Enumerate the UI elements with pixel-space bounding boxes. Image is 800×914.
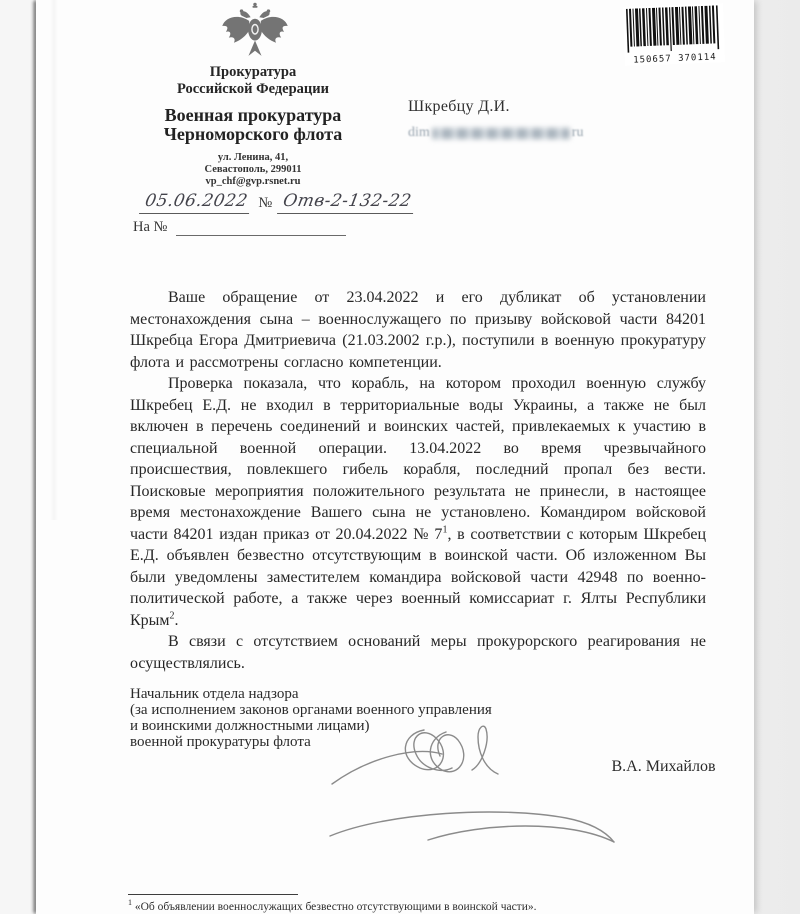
email-prefix: dim: [408, 125, 430, 141]
org-name-line2: Российской Федерации: [133, 81, 373, 98]
handwritten-signature: [326, 722, 656, 864]
number-sign-label: №: [258, 195, 272, 214]
signer-title-line2: (за исполнением законов органами военног…: [130, 703, 492, 719]
address-email: vp_chf@gvp.rsnet.ru: [133, 176, 373, 188]
barcode-number: 150657 370114: [626, 52, 724, 66]
handwritten-outgoing-number: Отв-2-132-22: [277, 191, 417, 214]
address-city: Севастополь, 299011: [133, 164, 373, 176]
email-suffix: ru: [572, 125, 584, 141]
reference-row: 05.06.2022 № Отв-2-132-22: [141, 191, 415, 214]
footnote-1-marker: 1: [128, 898, 132, 907]
letter-body: Ваше обращение от 23.04.2022 и его дубли…: [130, 287, 706, 674]
letter-page: Прокуратура Российской Федерации Военная…: [36, 0, 754, 914]
footnote-1: 1 «Об объявлении военнослужащих безвестн…: [128, 898, 708, 913]
address-street: ул. Ленина, 41,: [133, 152, 373, 164]
registration-barcode: 150657 370114: [623, 3, 725, 66]
org-name-line1: Прокуратура: [133, 64, 373, 81]
unit-name: Военная прокуратура Черноморского флота: [113, 106, 393, 143]
reply-to-label: На №: [133, 219, 167, 236]
email-blurred-section: [432, 128, 570, 139]
handwritten-date: 05.06.2022: [139, 191, 253, 214]
paragraph-2: Проверка показала, что корабль, на котор…: [130, 373, 706, 631]
addressee-name: Шкребцу Д.И.: [408, 98, 583, 116]
paper-crease: [50, 0, 58, 520]
reply-to-blank-line: [176, 219, 346, 236]
org-address: ул. Ленина, 41, Севастополь, 299011 vp_c…: [133, 152, 373, 188]
paragraph-2-text-c: .: [175, 612, 179, 629]
reply-to-row: На №: [133, 219, 346, 236]
footnote-separator: [128, 894, 298, 895]
barcode-bars: [624, 5, 722, 53]
unit-name-line1: Военная прокуратура: [113, 106, 393, 125]
paragraph-2-text-a: Проверка показала, что корабль, на котор…: [130, 375, 706, 543]
unit-name-line2: Черноморского флота: [113, 125, 393, 144]
signer-name: В.А. Михайлов: [576, 758, 751, 776]
signer-title-line1: Начальник отдела надзора: [130, 687, 492, 703]
org-name: Прокуратура Российской Федерации: [133, 64, 373, 97]
paragraph-3: В связи с отсутствием оснований меры про…: [130, 631, 706, 674]
addressee-email-redacted: dim ru: [408, 125, 583, 141]
russia-coat-of-arms-icon: [218, 2, 292, 66]
footnote-1-text: «Об объявлении военнослужащих безвестно …: [135, 901, 537, 913]
document-photo: Прокуратура Российской Федерации Военная…: [0, 0, 800, 914]
paragraph-1: Ваше обращение от 23.04.2022 и его дубли…: [130, 287, 706, 373]
addressee-block: Шкребцу Д.И. dim ru: [408, 98, 583, 141]
